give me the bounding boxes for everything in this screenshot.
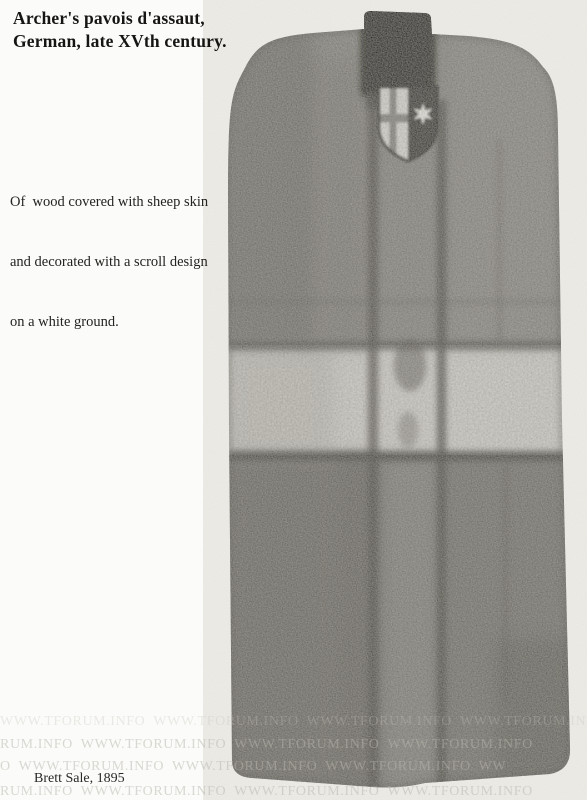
watermark-row: RUM.INFO WWW.TFORUM.INFO WWW.TFORUM.INFO… [0,737,587,753]
caption-line: on a white ground. [10,312,208,332]
caption-line: and decorated with a scroll design [10,252,208,272]
plate-title-line1: Archer's pavois d'assaut, [13,7,227,30]
plate-caption: Of wood covered with sheep skin and deco… [10,152,208,372]
scanned-plate-page: Archer's pavois d'assaut, German, late X… [0,0,587,800]
watermark-row: WWW.TFORUM.INFO WWW.TFORUM.INFO WWW.TFOR… [0,714,587,730]
pavise-shield [220,0,580,800]
ridge-left-line [368,95,378,790]
plate-title: Archer's pavois d'assaut, German, late X… [13,7,227,53]
caption-line: Of wood covered with sheep skin [10,192,208,212]
shield-photo-scene [0,0,587,800]
source-credit: Brett Sale, 1895 [34,771,125,787]
plate-title-line2: German, late XVth century. [13,30,227,53]
ridge-right-line [437,100,446,790]
band-bottom-line [228,451,572,461]
